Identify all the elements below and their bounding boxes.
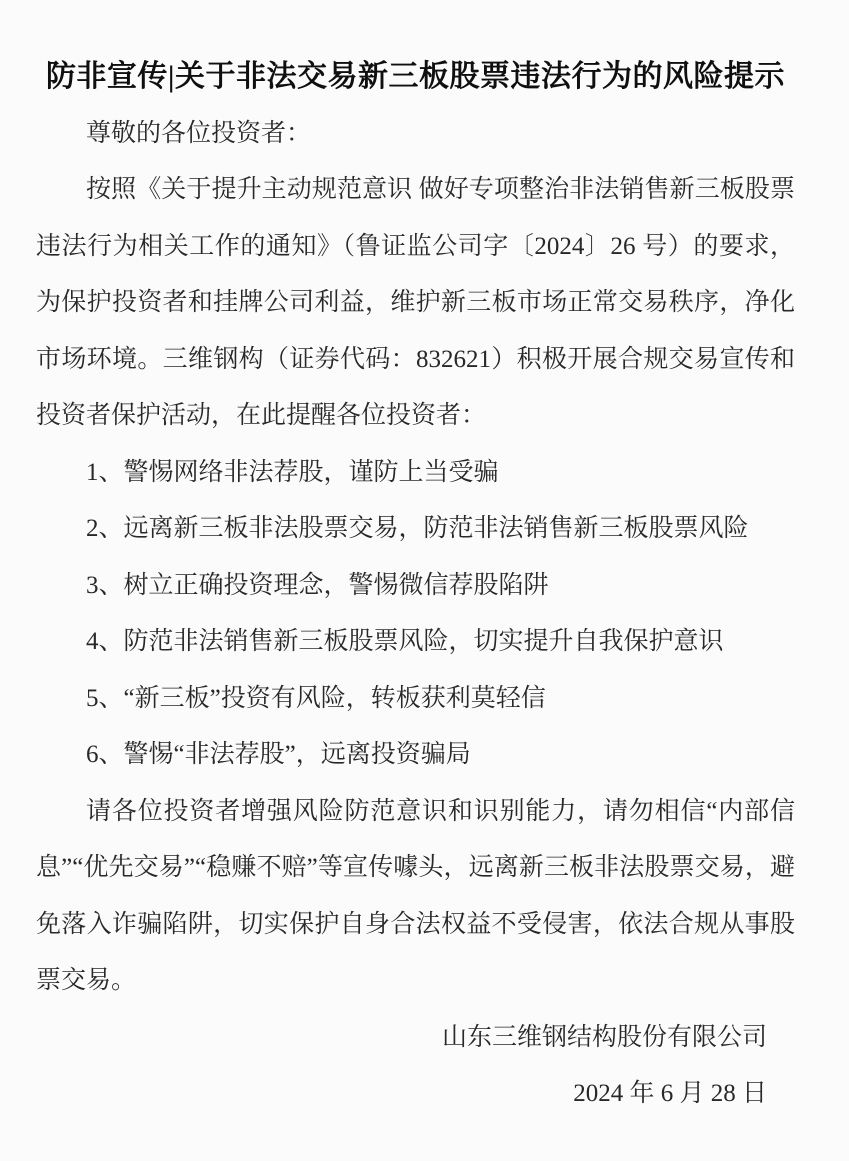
list-item-4: 4、防范非法销售新三板股票风险，切实提升自我保护意识 xyxy=(36,614,795,671)
document-title: 防非宣传|关于非法交易新三板股票违法行为的风险提示 xyxy=(36,49,795,106)
document-page: 防非宣传|关于非法交易新三板股票违法行为的风险提示 尊敬的各位投资者： 按照《关… xyxy=(0,0,849,1161)
list-item-6: 6、警惕“非法荐股”，远离投资骗局 xyxy=(36,727,795,784)
signature-date: 2024 年 6 月 28 日 xyxy=(36,1066,767,1123)
list-item-5: 5、“新三板”投资有风险，转板获利莫轻信 xyxy=(36,671,795,728)
intro-paragraph: 按照《关于提升主动规范意识 做好专项整治非法销售新三板股票违法行为相关工作的通知… xyxy=(36,162,795,445)
closing-paragraph: 请各位投资者增强风险防范意识和识别能力，请勿相信“内部信息”“优先交易”“稳赚不… xyxy=(36,784,795,1010)
list-item-3: 3、树立正确投资理念，警惕微信荐股陷阱 xyxy=(36,558,795,615)
list-item-1: 1、警惕网络非法荐股，谨防上当受骗 xyxy=(36,445,795,502)
list-item-2: 2、远离新三板非法股票交易，防范非法销售新三板股票风险 xyxy=(36,501,795,558)
salutation: 尊敬的各位投资者： xyxy=(36,106,795,163)
signature-block: 山东三维钢结构股份有限公司 2024 年 6 月 28 日 xyxy=(36,1010,767,1123)
signature-company: 山东三维钢结构股份有限公司 xyxy=(36,1010,767,1067)
